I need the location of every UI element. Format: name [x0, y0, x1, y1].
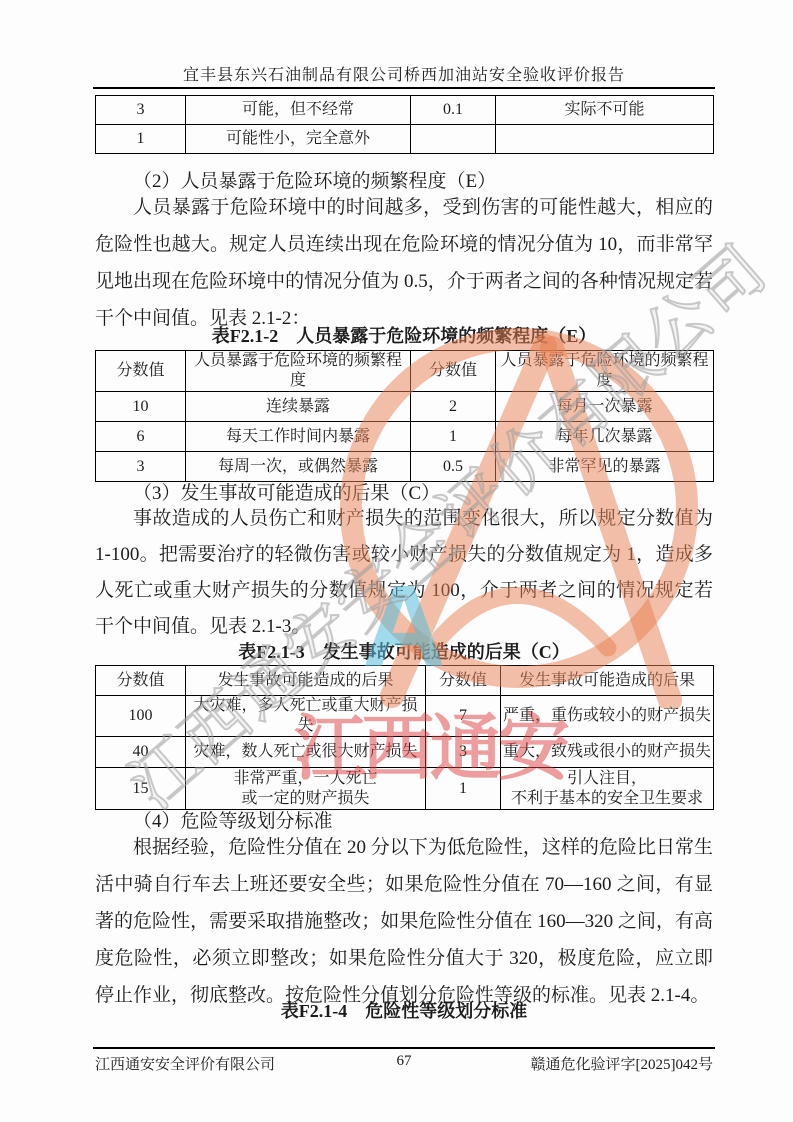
table-cell: 3 [96, 96, 186, 125]
table-header-cell: 分数值 [426, 666, 501, 696]
table-f213-caption: 表F2.1-3 发生事故可能造成的后果（C） [95, 638, 713, 664]
table-row: 3 可能，但不经常 0.1 实际不可能 [96, 96, 714, 125]
table-row: 3 每周一次，或偶然暴露 0.5 非常罕见的暴露 [96, 452, 714, 482]
table-cell: 2 [411, 392, 496, 422]
table-row: 15 非常严重，一人死亡 或一定的财产损失 1 引人注目， 不利于基本的安全卫生… [96, 768, 714, 810]
header-rule [93, 87, 715, 89]
probability-table-continued: 3 可能，但不经常 0.1 实际不可能 1 可能性小，完全意外 [95, 95, 714, 154]
section-4-paragraph: 根据经验，危险性分值在 20 分以下为低危险性，这样的危险比日常生活中骑自行车去… [95, 829, 713, 1014]
table-f214-caption: 表F2.1-4 危险性等级划分标准 [95, 997, 713, 1023]
table-cell: 100 [96, 696, 186, 737]
table-header-cell: 发生事故可能造成的后果 [501, 666, 714, 696]
table-cell: 重大，致残或很小的财产损失 [501, 737, 714, 768]
table-cell: 每年几次暴露 [496, 422, 714, 452]
section-2-paragraph: 人员暴露于危险环境中的时间越多，受到伤害的可能性越大，相应的危险性也越大。规定人… [95, 189, 713, 337]
footer-company-name: 江西通安安全评价有限公司 [95, 1053, 275, 1074]
accident-consequence-table: 分数值 发生事故可能造成的后果 分数值 发生事故可能造成的后果 100 大灾难，… [95, 665, 714, 810]
table-f212-caption: 表F2.1-2 人员暴露于危险环境的频繁程度（E） [95, 322, 713, 348]
table-cell: 可能性小，完全意外 [186, 125, 411, 154]
table-row: 1 可能性小，完全意外 [96, 125, 714, 154]
section-3-paragraph: 事故造成的人员伤亡和财产损失的范围变化很大，所以规定分数值为 1-100。把需要… [95, 501, 713, 645]
table-cell: 大灾难，多人死亡或重大财产损失 [186, 696, 426, 737]
table-cell: 3 [426, 737, 501, 768]
table-cell: 非常严重，一人死亡 或一定的财产损失 [186, 768, 426, 810]
exposure-frequency-table: 分数值 人员暴露于危险环境的频繁程度 分数值 人员暴露于危险环境的频繁程度 10… [95, 350, 714, 482]
table-cell: 3 [96, 452, 186, 482]
table-cell: 6 [96, 422, 186, 452]
table-cell: 灾难，数人死亡或很大财产损失 [186, 737, 426, 768]
table-cell: 每天工作时间内暴露 [186, 422, 411, 452]
table-cell: 连续暴露 [186, 392, 411, 422]
table-cell: 0.5 [411, 452, 496, 482]
footer-doc-number: 赣通危化验评字[2025]042号 [531, 1053, 714, 1074]
table-cell: 可能，但不经常 [186, 96, 411, 125]
table-cell: 严重，重伤或较小的财产损失 [501, 696, 714, 737]
report-page: 宜丰县东兴石油制品有限公司桥西加油站安全验收评价报告 3 可能，但不经常 0.1… [0, 0, 793, 1122]
footer-rule [93, 1047, 715, 1049]
table-header-cell: 发生事故可能造成的后果 [186, 666, 426, 696]
table-cell: 引人注目， 不利于基本的安全卫生要求 [501, 768, 714, 810]
table-header-cell: 分数值 [96, 351, 186, 392]
table-header-row: 分数值 发生事故可能造成的后果 分数值 发生事故可能造成的后果 [96, 666, 714, 696]
table-cell: 1 [96, 125, 186, 154]
table-row: 10 连续暴露 2 每月一次暴露 [96, 392, 714, 422]
table-header-cell: 分数值 [96, 666, 186, 696]
table-cell: 15 [96, 768, 186, 810]
table-header-cell: 分数值 [411, 351, 496, 392]
table-cell: 1 [411, 422, 496, 452]
table-row: 40 灾难，数人死亡或很大财产损失 3 重大，致残或很小的财产损失 [96, 737, 714, 768]
table-header-row: 分数值 人员暴露于危险环境的频繁程度 分数值 人员暴露于危险环境的频繁程度 [96, 351, 714, 392]
table-cell: 40 [96, 737, 186, 768]
table-cell: 每月一次暴露 [496, 392, 714, 422]
table-cell [496, 125, 714, 154]
table-row: 100 大灾难，多人死亡或重大财产损失 7 严重，重伤或较小的财产损失 [96, 696, 714, 737]
table-row: 6 每天工作时间内暴露 1 每年几次暴露 [96, 422, 714, 452]
table-cell: 实际不可能 [496, 96, 714, 125]
table-cell [411, 125, 496, 154]
table-cell: 非常罕见的暴露 [496, 452, 714, 482]
table-header-cell: 人员暴露于危险环境的频繁程度 [496, 351, 714, 392]
table-cell: 1 [426, 768, 501, 810]
table-cell: 每周一次，或偶然暴露 [186, 452, 411, 482]
page-header-title: 宜丰县东兴石油制品有限公司桥西加油站安全验收评价报告 [95, 62, 713, 85]
table-cell: 0.1 [411, 96, 496, 125]
table-cell: 10 [96, 392, 186, 422]
table-header-cell: 人员暴露于危险环境的频繁程度 [186, 351, 411, 392]
table-cell: 7 [426, 696, 501, 737]
